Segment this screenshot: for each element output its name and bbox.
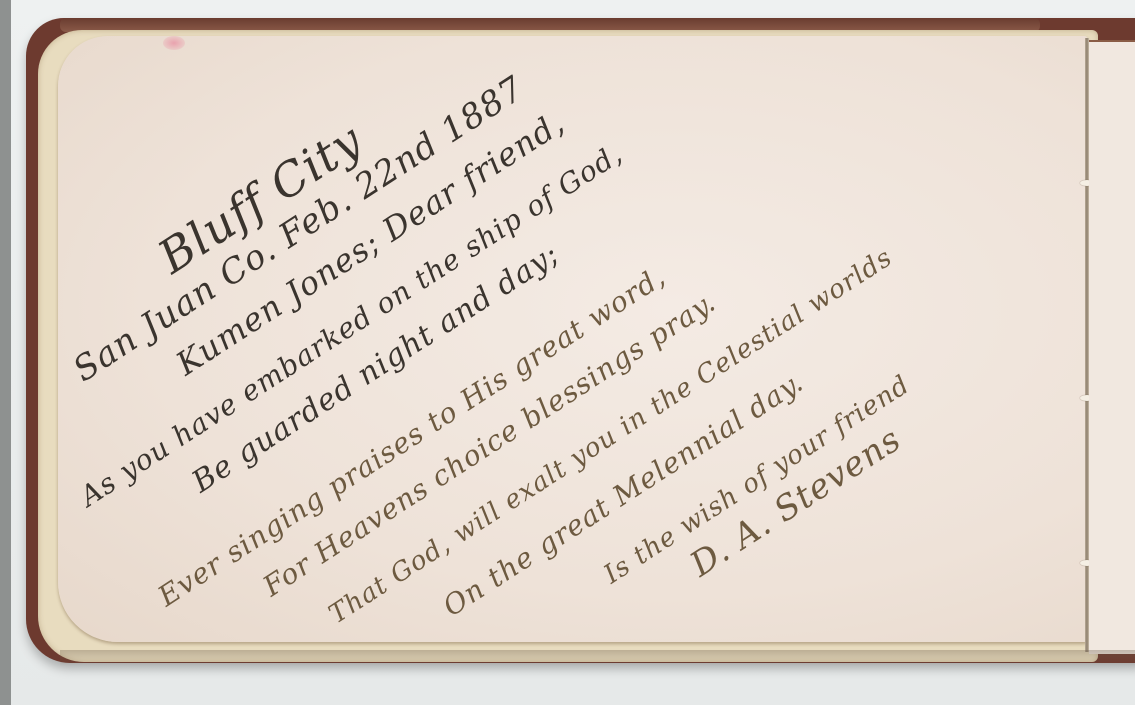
scanner-edge [0, 0, 11, 705]
right-page [1089, 40, 1135, 654]
page-shadow [60, 650, 1135, 666]
stain [163, 36, 185, 50]
